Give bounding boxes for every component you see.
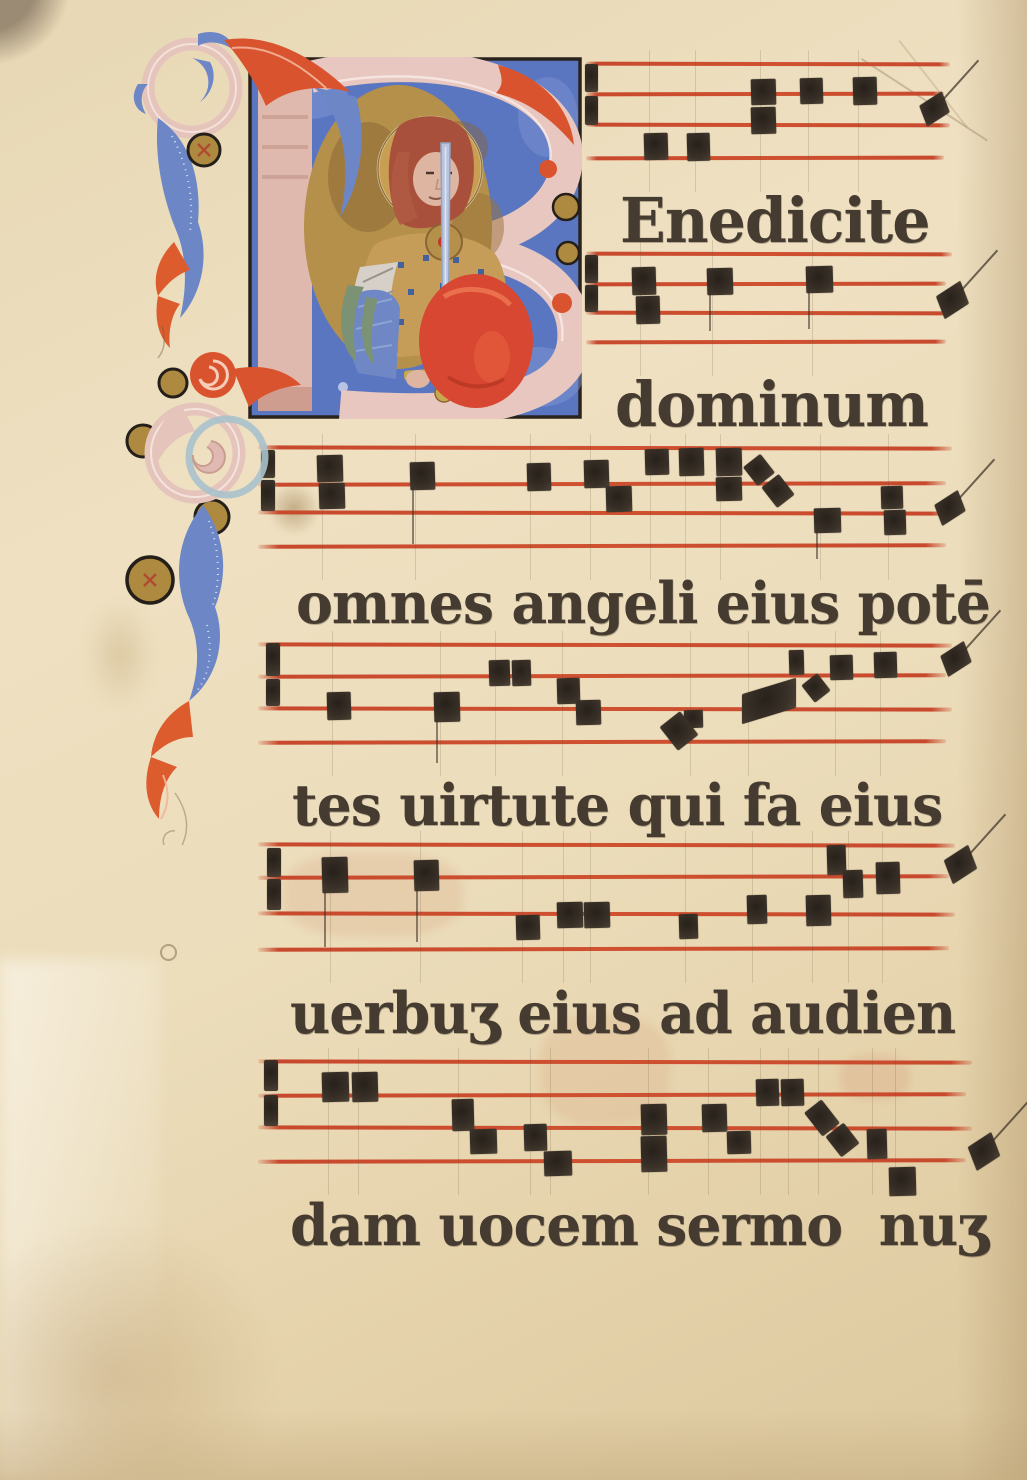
staff-line [258,739,946,744]
clef-bar [585,96,598,125]
neume-punctum [843,870,864,899]
clef-bar [267,848,281,877]
pink-curl [193,441,225,473]
staff-line [258,1059,972,1064]
gold-bezant [159,369,187,397]
clef-bar [585,285,598,312]
neume-punctum [644,133,669,161]
neume-punctum [319,483,346,510]
neume-diamond [801,673,830,703]
alignment-scratch [358,1048,359,1195]
neume-punctum [806,895,832,927]
clef-bar [267,879,281,910]
neume-punctum [702,1104,728,1133]
neume-tail [808,289,810,329]
staff-line [258,445,952,450]
red-volute [190,352,236,398]
alignment-scratch [420,831,421,983]
neume-punctum [576,700,602,726]
staff-line [258,543,946,548]
neume-punctum [606,486,633,513]
neume-punctum [322,1072,350,1103]
alignment-scratch [530,434,531,580]
neume-punctum [781,1079,805,1107]
alignment-scratch [415,434,416,580]
neume-punctum [814,508,842,534]
neume-tail [416,887,418,942]
clef-bar [264,1095,278,1126]
neume-punctum [727,1131,752,1155]
staff-line [258,706,952,711]
alignment-scratch [590,434,591,580]
alignment-scratch [808,50,809,192]
blue-acanthus-chain [179,505,223,701]
neume-oblique [742,678,796,725]
neume-punctum [512,660,532,686]
neume-punctum [751,79,777,106]
alignment-scratch [788,1048,789,1195]
alignment-scratch [649,50,650,192]
staff-line [258,946,949,951]
neume-punctum [352,1072,379,1103]
margin-foliage-bottom [115,345,310,845]
staff-line [258,1158,966,1163]
alignment-scratch [872,1048,873,1195]
alignment-scratch [690,631,691,776]
chant-text-line-5: uerbuʒ eius ad audien [290,980,955,1047]
neume-punctum [452,1099,475,1132]
neume-punctum [881,486,904,510]
alignment-scratch [812,240,813,376]
neume-punctum [632,267,657,296]
alignment-scratch [835,631,836,776]
neume-punctum [317,455,344,483]
neume-punctum [716,448,743,477]
alignment-scratch [328,1048,329,1195]
staff-line [258,1125,972,1130]
neume-punctum [800,78,824,105]
neume-tail [709,291,711,331]
staff-line [586,156,944,160]
neume-tail [816,529,818,559]
custos-hairline [960,250,998,292]
alignment-scratch [522,831,523,983]
neume-punctum [434,692,461,723]
neume-punctum [557,902,584,929]
chant-text-line-6: dam uocem sermo nuʒ [290,1192,988,1259]
neume-punctum [876,862,901,895]
neume-tail [436,718,438,763]
chant-text-line-2: dominum [615,368,928,441]
neume-punctum [806,266,834,294]
staff-line [258,510,952,515]
alignment-scratch [530,1048,531,1195]
neume-punctum [679,448,705,477]
alignment-scratch [848,831,849,983]
neume-punctum [584,902,611,929]
neume-punctum [830,655,854,681]
neume-punctum [874,652,898,679]
alignment-scratch [495,631,496,776]
clef-bar [585,64,598,92]
neume-punctum [470,1129,498,1155]
neume-punctum [687,133,711,162]
custos-hairline [957,459,995,501]
neume-punctum [707,268,734,296]
red-leaf [151,701,193,757]
neume-punctum [322,857,349,894]
clef-bar [585,255,598,283]
neume-punctum [641,1136,668,1173]
custos-hairline [991,1101,1027,1143]
neume-punctum [516,915,541,941]
alignment-scratch [695,50,696,192]
staff-line [258,842,955,847]
chant-text-line-3: omnes angeli eius potē [296,570,990,637]
neume-punctum [327,692,352,721]
neume-punctum [527,463,552,492]
chant-text-line-4: tes uirtute qui fa eius [292,772,942,839]
clef-bar [264,1060,278,1091]
alignment-scratch [882,831,883,983]
alignment-scratch [685,831,686,983]
alignment-scratch [760,1048,761,1195]
neume-punctum [544,1151,573,1177]
neume-punctum [867,1129,888,1160]
neume-punctum [679,914,699,939]
neume-tail [412,486,414,544]
custos-hairline [968,814,1006,856]
alignment-scratch [712,240,713,376]
neume-punctum [853,77,878,106]
neume-punctum [641,1104,668,1136]
neume-punctum [645,449,670,476]
staff-line [586,62,950,66]
neume-punctum [716,477,743,502]
neume-punctum [789,650,805,675]
neume-punctum [636,296,661,325]
margin-foliage-top [128,26,363,361]
alignment-scratch [330,831,331,983]
neume-punctum [751,107,777,135]
neume-tail [324,889,326,947]
red-acanthus [224,38,350,106]
alignment-scratch [820,434,821,580]
chant-text-line-1: Enedicite [620,184,930,257]
neume-punctum [756,1079,780,1107]
manuscript-page: Enedicite dominum omnes angeli eius potē… [0,0,1027,1480]
alignment-scratch [858,50,859,192]
neume-punctum [489,660,511,687]
staff-line [258,642,952,647]
neume-punctum [747,895,768,925]
neume-punctum [884,510,907,536]
neume-punctum [584,460,610,489]
neume-punctum [524,1124,548,1152]
